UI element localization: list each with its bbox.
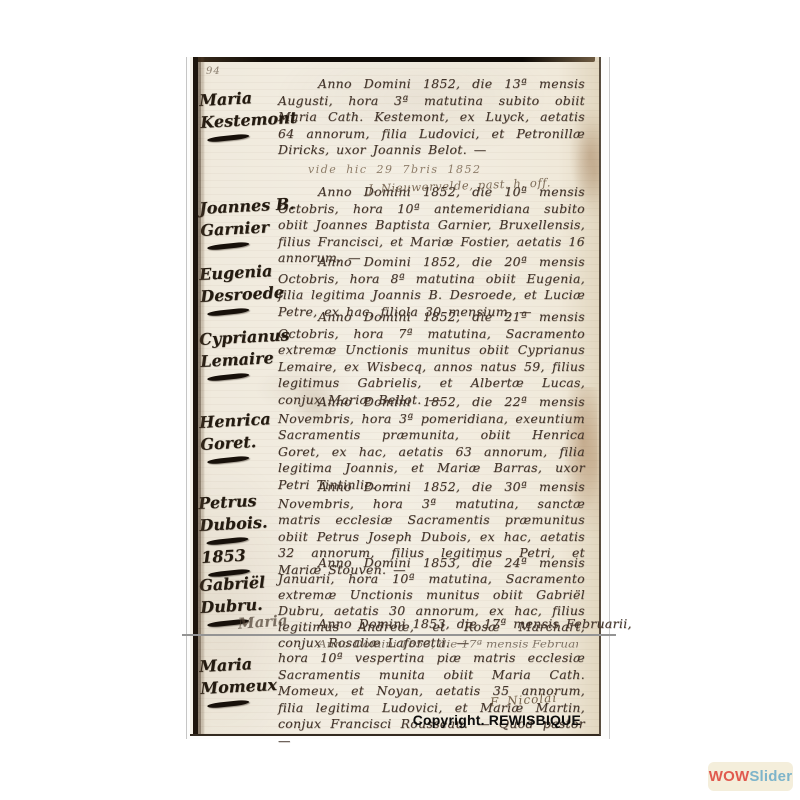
entry-text-first-line: Anno Domini 1853, die 17ª mensis Februar… [278, 616, 632, 631]
duplicate-text-fragment: Anno Domini 1853, die 17ª mensis Februar… [278, 638, 578, 650]
margin-name-line: Desroede [200, 282, 277, 308]
entry-margin-name: Henrica Goret. [199, 408, 278, 466]
margin-name-line: Momeux [200, 674, 277, 700]
entry-margin-name: Cyprianus Lemaire [199, 325, 278, 383]
register-entry: Maria Kestemont Anno Domini 1852, die 13… [200, 76, 585, 192]
entry-margin-name: Maria Momeux [199, 652, 278, 710]
copyright-watermark: Copyright. REWISBIQUE [413, 712, 581, 728]
scan-seam-line [182, 634, 616, 636]
entry-text: Anno Domini 1853, die 24ª mensis Januari… [278, 555, 585, 651]
underline-flourish [207, 699, 249, 708]
register-scan: 94 Maria Kestemont Anno Domini 1852, die… [186, 57, 610, 739]
margin-name-line: Goret. [200, 430, 277, 456]
entry-margin-name: Joannes B. Garnier [199, 194, 278, 252]
underline-flourish [207, 133, 249, 142]
vide-note: vide hic 29 7bris 1852 [308, 163, 585, 176]
wowslider-logo[interactable]: WOWSlider [708, 762, 793, 791]
underline-flourish [207, 455, 249, 464]
slider-text: Slider [749, 768, 792, 785]
wow-text: WOW [709, 768, 750, 785]
entry-text: Anno Domini 1852, die 13ª mensis Augusti… [278, 76, 585, 159]
underline-flourish [207, 372, 249, 381]
underline-flourish [207, 241, 249, 250]
page: 94 Maria Kestemont Anno Domini 1852, die… [0, 0, 800, 800]
margin-name-line: Garnier [200, 216, 277, 242]
margin-name-line: Kestemont [200, 108, 277, 134]
margin-name-line: Gabriël [199, 571, 276, 597]
entry-margin-name: Maria Kestemont [199, 86, 278, 144]
register-entry: Gabriël Dubru. Anno Domini 1853, die 24ª… [200, 555, 585, 651]
margin-name-line: Lemaire [200, 347, 277, 373]
margin-name-line: Henrica [199, 408, 276, 434]
margin-name-line: Dubois. [199, 511, 276, 537]
